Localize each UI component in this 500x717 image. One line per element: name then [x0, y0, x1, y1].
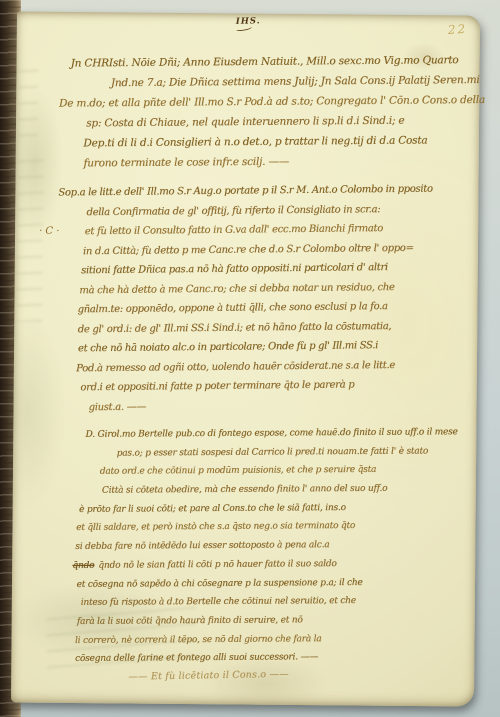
manuscript-scan: IHS. 22 · C · Jn CHRIsti. Nōie Dñi; Anno… [0, 0, 500, 717]
struck-word: q̄ndo [72, 561, 94, 571]
manuscript-line: giust.a. —— [59, 398, 436, 421]
manuscript-line: furono terminate le cose infr.e scilj. —… [59, 154, 485, 178]
paragraph: Jn CHRIsti. Nōie Dñi; Anno Eiusdem Natiu… [59, 54, 486, 178]
paragraph: Sop.a le litt.e dell' Ill.mo S.r Aug.o p… [56, 184, 435, 422]
paragraph: D. Girol.mo Bertelle pub.co di fontego e… [54, 427, 459, 673]
manuscript-page: IHS. 22 · C · Jn CHRIsti. Nōie Dñi; Anno… [11, 12, 480, 707]
manuscript-text: Jn CHRIsti. Nōie Dñi; Anno Eiusdem Natiu… [11, 12, 480, 707]
